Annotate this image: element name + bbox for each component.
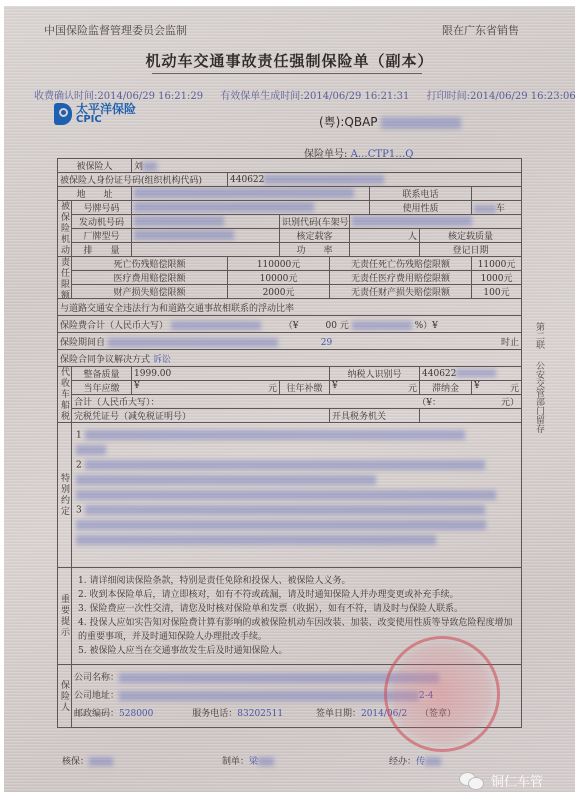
underwriter: 核保： [62, 754, 113, 767]
curb-weight-label: 整备质量 [72, 367, 132, 381]
policy-code: (粤):QBAP [319, 113, 461, 130]
current-year-tax-value: ¥元 [132, 381, 280, 395]
power-label: 功 率 [280, 243, 350, 257]
prior-year-tax-label: 往年补缴 [280, 381, 330, 395]
taxpayer-id-label: 纳税人识别号 [330, 367, 420, 381]
wechat-icon [459, 772, 485, 790]
brand-name-en: CPIC [76, 115, 136, 125]
period-row: 保险期间自 29 时止 [58, 333, 522, 350]
tax-office-label: 开具税务机关 [330, 409, 420, 423]
late-fee-label: 滞纳金 [420, 381, 472, 395]
note-item: 2. 收到本保险单后，请立即核对，如有不符或疏漏，请及时通知保险人并办理变更或补… [78, 588, 515, 602]
no-liability-value: 1000元 [472, 271, 522, 285]
company-seal-stamp [384, 636, 500, 752]
liability-value: 110000元 [228, 257, 330, 271]
prior-year-tax-value: ¥元 [330, 381, 420, 395]
insurance-policy-document: 中国保险监督管理委员会监制 限在广东省销售 机动车交通事故责任强制保险单（副本）… [4, 6, 575, 792]
model-label: 厂牌型号 [72, 229, 132, 243]
special-terms-content: 1 2 3 [72, 423, 522, 568]
engine-value [132, 215, 280, 229]
insurer-label: 保险人 [58, 665, 72, 728]
regulator-note: 中国保险监督管理委员会监制 [44, 22, 187, 38]
special-terms-row: 特别约定 1 2 3 [58, 423, 522, 568]
important-notes-label: 重要提示 [58, 568, 72, 665]
handler: 经办：传 [389, 754, 441, 767]
reg-date-label: 登记日期 [420, 243, 522, 257]
insured-id-value: 440622 [228, 173, 522, 187]
model-value [132, 229, 280, 243]
no-liability-label: 无责任医疗费用赔偿限额 [330, 271, 472, 285]
load-label: 核定载质量 [420, 229, 522, 243]
curb-weight-value: 1999.00 [132, 367, 330, 381]
vin-value [350, 215, 522, 229]
tax-row-4: 完税凭证号（减免税证明号） 开具税务机关 [58, 409, 522, 423]
displacement-row: 排 量 功 率 登记日期 [58, 243, 522, 257]
dispute-row: 保险合同争议解决方式 诉讼 [58, 350, 522, 367]
liability-label: 医疗费用赔偿限额 [72, 271, 228, 285]
no-liability-value: 100元 [472, 285, 522, 299]
watermark-text: 铜仁车管 [491, 771, 543, 790]
insurance-period: 保险期间自 29 时止 [58, 333, 522, 350]
cpic-logo: 太平洋保险 CPIC [54, 103, 136, 125]
seats-label: 核定载客 [280, 229, 350, 243]
tax-office-value [420, 409, 522, 423]
tax-row-1: 代收车船税 整备质量 1999.00 纳税人识别号 440622 [58, 367, 522, 381]
no-liability-label: 无责任死亡伤残赔偿限额 [330, 257, 472, 271]
tax-total: 合计（人民币大写）： （¥：元） [72, 395, 522, 409]
vehicle-group-label: 被保险机动车 [58, 201, 72, 257]
address-value [132, 187, 370, 201]
displacement-value [132, 243, 280, 257]
engine-row: 发动机号码 识别代码(车架号) [58, 215, 522, 229]
float-rate-row: 与道路交通安全违法行为和道路交通事故相联系的浮动比率 [58, 299, 522, 316]
cpic-logo-icon [54, 103, 72, 125]
displacement-label: 排 量 [72, 243, 132, 257]
seats-unit: 人 [350, 229, 420, 243]
special-terms-label: 特别约定 [58, 423, 72, 568]
liability-label: 财产损失赔偿限额 [72, 285, 228, 299]
insured-name-value: 刘 [132, 159, 522, 173]
preparer: 制单：梁 [222, 754, 274, 767]
plate-label: 号牌号码 [72, 201, 132, 215]
late-fee-value: ¥元 [472, 381, 522, 395]
copy-side-note: 第二联 公安交管部门留存 [532, 322, 546, 433]
print-time: 打印时间:2014/06/29 16:23:06 [427, 91, 576, 102]
liability-value: 10000元 [228, 271, 330, 285]
address-label: 地 址 [58, 187, 132, 201]
vehicle-tax-group-label: 代收车船税 [58, 367, 72, 423]
liability-value: 2000元 [228, 285, 330, 299]
power-value [350, 243, 420, 257]
no-liability-label: 无责任财产损失赔偿限额 [330, 285, 472, 299]
address-row: 地 址 联系电话 [58, 187, 522, 201]
timestamps-row: 收费确认时间:2014/06/29 16:21:29 有效保单生成时间:2014… [34, 87, 574, 102]
note-item: 3. 保险费应一次性交清，请您及时核对保险单和发票（收据），如有不符，请及时与保… [78, 602, 515, 616]
insured-name-row: 被保险人 刘 [58, 159, 522, 173]
premium-total-row: 保险费合计（人民币大写） （¥ 00 元 %）¥ [58, 316, 522, 333]
current-year-tax-label: 当年应缴 [72, 381, 132, 395]
float-rate-label: 与道路交通安全违法行为和道路交通事故相联系的浮动比率 [58, 299, 522, 316]
no-liability-value: 11000元 [472, 257, 522, 271]
tax-row-2: 当年应缴 ¥元 往年补缴 ¥元 滞纳金 ¥元 [58, 381, 522, 395]
copy-number: 第二联 [532, 322, 546, 349]
region-note: 限在广东省销售 [442, 22, 519, 38]
wechat-watermark: 铜仁车管 [459, 771, 543, 790]
insured-name-label: 被保险人 [58, 159, 132, 173]
note-item: 1. 请详细阅读保险条款，特别是责任免除和投保人、被保险人义务。 [78, 574, 515, 588]
model-row: 厂牌型号 核定载客 人 核定载质量 千克 [58, 229, 522, 243]
liability-row-1: 责任限额 死亡伤残赔偿限额 110000元 无责任死亡伤残赔偿限额 11000元 [58, 257, 522, 271]
usage-label: 使用性质 [370, 201, 472, 215]
tax-row-3: 合计（人民币大写）： （¥：元） [58, 395, 522, 409]
liability-label: 死亡伤残赔偿限额 [72, 257, 228, 271]
plate-row: 被保险机动车 号牌号码 识别代码(车架号) 使用性质 车 [58, 201, 522, 215]
engine-label: 发动机号码 [72, 215, 132, 229]
insured-id-label: 被保险人身份证号码(组织机构代码) [58, 173, 228, 187]
taxpayer-id-value: 440622 [420, 367, 522, 381]
redacted-block [381, 117, 461, 129]
phone-label: 联系电话 [370, 187, 472, 201]
tax-receipt-label: 完税凭证号（减免税证明号） [72, 409, 330, 423]
insured-id-row: 被保险人身份证号码(组织机构代码) 440622 [58, 173, 522, 187]
liability-group-label: 责任限额 [58, 257, 72, 299]
premium-total: 保险费合计（人民币大写） （¥ 00 元 %）¥ [58, 316, 522, 333]
usage-value: 车 [472, 201, 522, 215]
liability-row-3: 财产损失赔偿限额 2000元 无责任财产损失赔偿限额 100元 [58, 285, 522, 299]
liability-row-2: 医疗费用赔偿限额 10000元 无责任医疗费用赔偿限额 1000元 [58, 271, 522, 285]
dispute-resolution: 保险合同争议解决方式 诉讼 [58, 350, 522, 367]
vin-label: 识别代码(车架号) [280, 215, 350, 229]
document-title: 机动车交通事故责任强制保险单（副本） [4, 50, 575, 71]
phone-value [472, 187, 522, 201]
fee-confirm-time: 收费确认时间:2014/06/29 16:21:29 [34, 91, 203, 102]
policy-generated-time: 有效保单生成时间:2014/06/29 16:21:31 [220, 91, 409, 102]
plate-value [132, 201, 370, 215]
title-underline [152, 73, 422, 74]
copy-retained-by: 公安交管部门留存 [532, 361, 546, 433]
